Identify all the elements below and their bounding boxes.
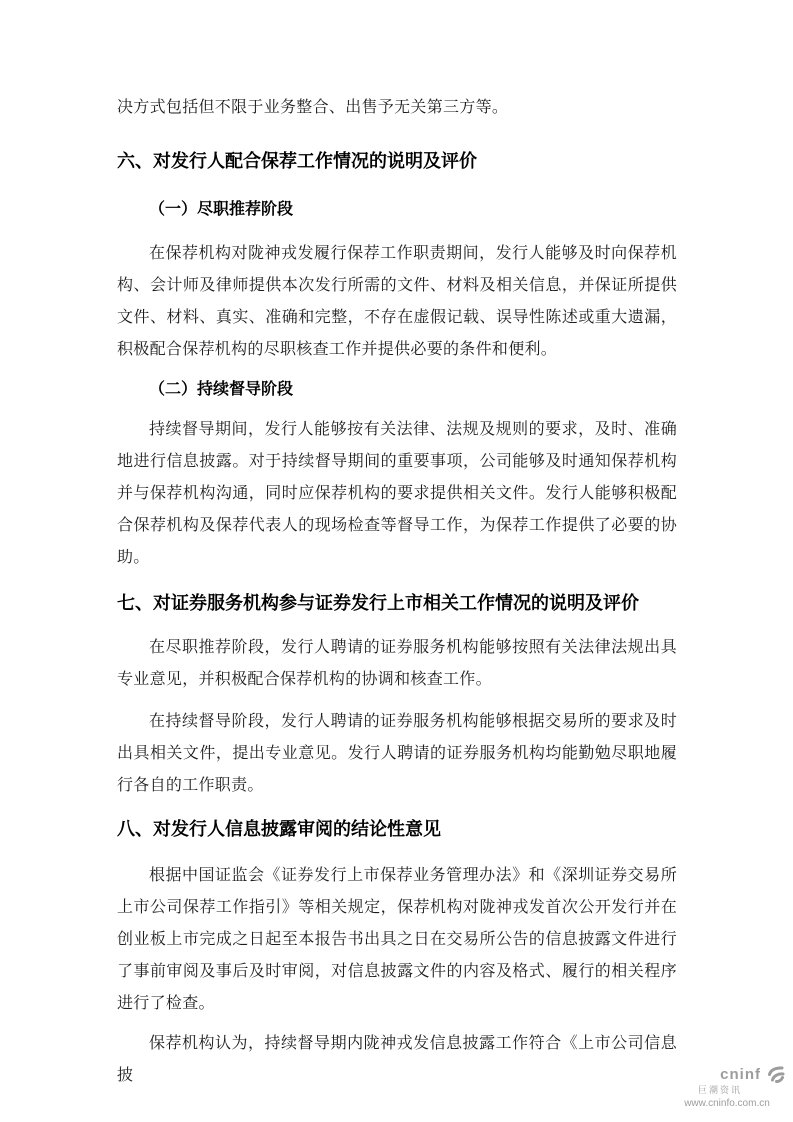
paragraph-disclosure-review: 根据中国证监会《证券发行上市保荐业务管理办法》和《深圳证券交易所上市公司保荐工作… <box>117 860 677 1020</box>
section-heading-six: 六、对发行人配合保荐工作情况的说明及评价 <box>117 148 677 174</box>
cninfo-swirl-icon <box>763 1065 785 1085</box>
paragraph-service-agencies-2: 在持续督导阶段，发行人聘请的证券服务机构能够根据交易所的要求及时出具相关文件，提… <box>117 706 677 802</box>
paragraph-supervision: 持续督导期间，发行人能够按有关法律、法规及规则的要求，及时、准确地进行信息披露。… <box>117 414 677 574</box>
cninfo-logo-text: cninf <box>720 1067 761 1084</box>
paragraph-service-agencies-1: 在尽职推荐阶段，发行人聘请的证券服务机构能够按照有关法律法规出具专业意见，并积极… <box>117 632 677 696</box>
subsection-heading-supervision: （二）持续督导阶段 <box>117 378 677 402</box>
document-page: 决方式包括但不限于业务整合、出售予无关第三方等。 六、对发行人配合保荐工作情况的… <box>0 0 793 1122</box>
section-heading-seven: 七、对证券服务机构参与证券发行上市相关工作情况的说明及评价 <box>117 590 677 616</box>
paragraph-due-diligence: 在保荐机构对陇神戎发履行保荐工作职责期间，发行人能够及时向保荐机构、会计师及律师… <box>117 238 677 366</box>
subsection-heading-due-diligence: （一）尽职推荐阶段 <box>117 198 677 222</box>
cninfo-url: www.cninfo.com.cn <box>667 1098 787 1109</box>
cninfo-subtitle: 巨潮资讯 <box>667 1086 787 1096</box>
cninfo-watermark: cninf 巨潮资讯 www.cninfo.com.cn <box>667 1065 787 1109</box>
document-content: 决方式包括但不限于业务整合、出售予无关第三方等。 六、对发行人配合保荐工作情况的… <box>117 92 677 1092</box>
section-heading-eight: 八、对发行人信息披露审阅的结论性意见 <box>117 816 677 842</box>
paragraph-continuation: 决方式包括但不限于业务整合、出售予无关第三方等。 <box>117 92 677 124</box>
paragraph-disclosure-conclusion: 保荐机构认为，持续督导期内陇神戎发信息披露工作符合《上市公司信息披 <box>117 1028 677 1092</box>
